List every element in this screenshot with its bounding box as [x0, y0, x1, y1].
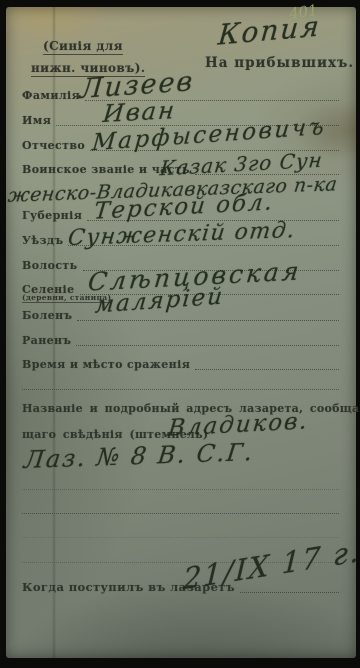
dotted-line	[85, 100, 339, 101]
field-label: Время и мѣсто сраженія	[22, 357, 195, 372]
blank-line	[22, 489, 339, 490]
settlement-sublabel: (деревни, станица)	[22, 293, 111, 303]
dotted-line	[77, 320, 339, 321]
field-row-wounded: Раненъ	[22, 331, 339, 348]
field-label: Губернія	[22, 208, 87, 223]
field-label: Когда поступилъ въ лазаретъ	[22, 580, 240, 595]
field-label: Имя	[22, 113, 56, 128]
field-row-rank-unit: Воинское званіе и часть	[22, 160, 339, 177]
hospital-note-line1: Названіе и подробный адресъ лазарета, со…	[22, 402, 342, 415]
field-row-admission: Когда поступилъ въ лазаретъ	[22, 578, 339, 595]
blank-line	[22, 562, 339, 563]
dotted-line	[76, 345, 339, 346]
scanned-hospital-card-screenshot: { "meta": { "corner_number": "401", "cop…	[0, 0, 360, 668]
blank-line	[22, 389, 339, 390]
dotted-line	[80, 294, 339, 295]
field-label: Уѣздъ	[22, 233, 68, 248]
blank-line	[22, 513, 339, 514]
field-label: Воинское званіе и часть	[22, 162, 195, 177]
page-title: На прибывшихъ.	[205, 55, 354, 71]
form-color-note-line1: (Синія для	[43, 39, 123, 55]
field-row-illness: Боленъ	[22, 306, 339, 323]
field-label: Фамилія	[22, 88, 85, 103]
dotted-line	[195, 174, 339, 175]
dotted-line	[195, 369, 339, 370]
field-row-district: Уѣздъ	[22, 231, 339, 248]
field-label: Волость	[22, 258, 83, 273]
dotted-line	[90, 150, 339, 151]
dotted-line	[87, 220, 339, 221]
field-label: Отчество	[22, 138, 90, 153]
field-row-battle: Время и мѣсто сраженія	[22, 355, 339, 372]
blank-line	[22, 537, 339, 538]
field-label: Раненъ	[22, 333, 76, 348]
dotted-line	[56, 125, 339, 126]
field-row-first-name: Имя	[22, 111, 339, 128]
dotted-line	[68, 245, 339, 246]
field-row-patronymic: Отчество	[22, 136, 339, 153]
field-label: Боленъ	[22, 308, 77, 323]
field-row-surname: Фамилія	[22, 86, 339, 103]
field-row-volost: Волость	[22, 256, 339, 273]
dotted-line	[240, 592, 339, 593]
form-color-note-line2: нижн. чиновъ).	[31, 61, 145, 77]
hospital-note-line2: щаго свѣдѣнія (штемпель)	[22, 428, 342, 441]
dotted-line	[83, 270, 339, 271]
field-row-province: Губернія	[22, 206, 339, 223]
